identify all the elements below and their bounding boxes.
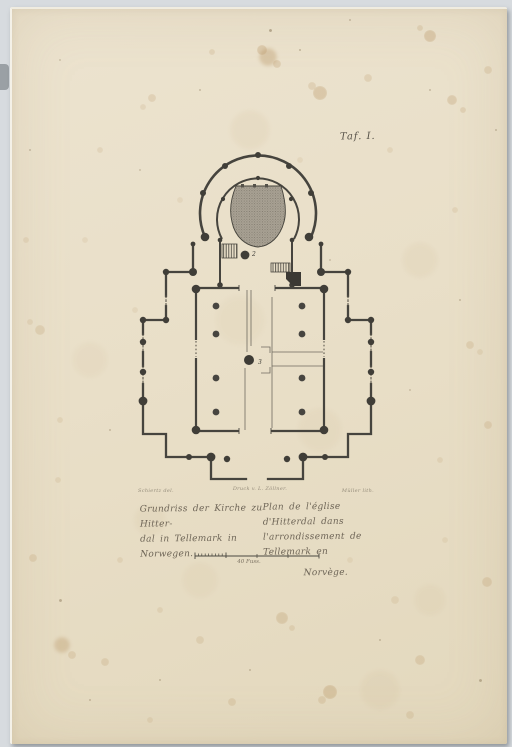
chancel-post: [241, 251, 250, 260]
caption-german-line1: Grundriss der Kirche zu Hitter-: [140, 501, 265, 532]
credit-draughtsman: Schiertz del.: [138, 488, 174, 494]
scan-background: Taf. I.: [0, 0, 512, 747]
caption-french: Plan de l'église d'Hitterdal dans l'arro…: [263, 499, 389, 581]
credit-printer: Druck v. L. Zöllner.: [200, 486, 320, 492]
pulpit-stairs: [271, 263, 290, 272]
floor-plan: 2 3: [136, 146, 376, 490]
apse-top-post: [255, 152, 261, 158]
nave-center-post: [244, 355, 254, 365]
apse: [217, 176, 299, 247]
caption-french-line1: Plan de l'église d'Hitterdal dans: [263, 499, 388, 530]
scale-bar-label: 40 Fuss.: [193, 559, 305, 565]
floor-plan-container: 2 3: [136, 146, 376, 494]
pulpit: [286, 272, 301, 286]
chancel-stairs: [222, 244, 237, 258]
nave-post-label: 3: [258, 359, 262, 366]
credit-lithographer: Müller lith.: [330, 488, 374, 494]
credits-row: Schiertz del. Druck v. L. Zöllner. Mülle…: [0, 486, 512, 496]
nave: 3: [192, 285, 329, 435]
caption-french-line3: Norvège.: [263, 565, 388, 581]
scan-bed-notch: [0, 64, 9, 90]
altar: [231, 186, 286, 247]
plate-number-label: Taf. I.: [340, 130, 400, 142]
pews-and-aisle-lines: [245, 290, 323, 430]
scale-subdivisions: [198, 553, 288, 559]
chancel-post-label: 2: [251, 251, 256, 258]
